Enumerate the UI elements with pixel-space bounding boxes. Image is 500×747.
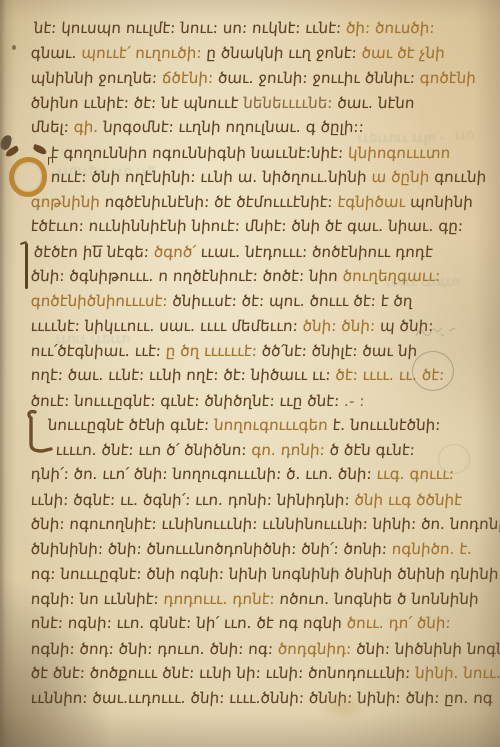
text-line: ծնի: ծգնիթուււ. ո ողծէնիուէ: ծոծէ: նիո ծ… — [30, 264, 441, 288]
text-segment: ծնի: ծնի: — [302, 317, 381, 335]
text-segment: ը ծղ ււււււէ: — [165, 342, 262, 360]
text-line: պնիննի ջուղնե: ճծէնի: ծաւ. ջունի: ջոււիւ… — [30, 66, 477, 90]
manuscript-photo: նէ: կուսպո ոււլմէ: նոււ: սո: ուկնէ: ււնէ… — [0, 0, 500, 747]
show-through-ghost: ււո ււե — [297, 566, 341, 581]
text-segment: գոծէնի — [419, 69, 476, 87]
text-line: ողէ: ծաւ. ււնէ: ււնի ողէ: ծէ: նիծաււ ււ:… — [30, 363, 445, 387]
text-line: ծնինինի: ծնի: ծնուււնոծդոնիծնի: ծնի՛: ծո… — [30, 537, 473, 561]
text-segment: ծնի: ոգուողնիէ: ււնինուււնի: ււննինուււն… — [30, 515, 373, 533]
text-segment: .֊ : — [344, 392, 366, 410]
initial-ring-body — [9, 157, 47, 197]
text-line: ծնինո ււնիէ: ծէ: նէ պնոււէ նենեււււնե: ծ… — [30, 91, 415, 115]
text-segment: ճծէնի: — [161, 69, 218, 87]
show-through-ghost: ււո — [454, 128, 475, 143]
text-segment: ը ծնակնի ււղ ջոնէ: — [206, 44, 362, 62]
text-line: ծէծէո ին̅ նէգե: ծգոծ՛ ււաւ. նէդուււ: ծոծ… — [33, 240, 434, 264]
text-segment: ծաւ. ջունի: ջոււիւ ծննիւ: — [217, 69, 420, 87]
text-segment: ոգնի: ծոդ: ծնի: դոււո. ծնի: ոգ: — [30, 640, 278, 658]
text-segment: գոծէնիծնիուււսէ: — [30, 292, 173, 310]
text-segment: ծոդգնիդ: — [277, 640, 357, 658]
text-segment: ծաւ. նէնո — [337, 94, 415, 112]
text-segment: ււււո. ծնէ: ււո ծ՛ ծնիծնո: — [55, 441, 252, 459]
show-through-ghost: ււոււ ււեււո — [55, 332, 130, 347]
text-line: ոգ: նուււըգնէ: ծնի ոգնի: նինի նոգնինի ծն… — [30, 562, 499, 586]
text-segment: ծնի: նիծնինի նոգնիե — [356, 640, 500, 658]
text-segment: դոդուււ. դոնէ: — [163, 590, 280, 608]
text-segment: գ ծըլի:: — [305, 118, 364, 136]
text-line: գոծէնիծնիուււսէ: ծնիււսէ: ծէ: պու. ծուււ… — [30, 289, 413, 313]
illuminated-initial-ring: ր — [7, 146, 51, 194]
text-segment: ոգծէնիւնէնի: ծէ ծէմուււէնիէ: — [104, 193, 338, 211]
text-segment: նինի: ծո. նոդոնի — [372, 515, 500, 533]
text-segment: գնաւ. — [30, 44, 82, 62]
text-line: գոթնինի ոգծէնիւնէնի: ծէ ծէմուււէնիէ: էգն… — [30, 190, 474, 214]
text-line: նուււըգնէ ծէնի գւնէ: նողուգուււգեո է. նո… — [47, 413, 441, 437]
text-line: ււննիո: ծաւ.ււդուււ. ծնի: ււււ.ծննի: ծնն… — [30, 686, 494, 710]
text-segment: ծնինինի: ծնի: ծնուււնոծդոնիծնի: ծնի՛: ծո… — [30, 540, 392, 558]
text-segment: պոնինի — [410, 193, 474, 211]
text-segment: մնել: — [30, 118, 74, 136]
show-through-ghost: ււոււեււ ււո ււե — [57, 164, 156, 179]
text-segment: սո: ուկնէ: ււնէ: — [217, 19, 341, 37]
text-segment: դնի՛: ծո. ււո՛ ծնի: նողուգուււնի: ծ. ււո… — [30, 465, 377, 483]
text-segment: ծնի ււգ ծծնիէ — [354, 491, 463, 509]
text-segment: գո. դոնի: — [251, 441, 330, 459]
text-line: ծուէ: նուււըգնէ: գւնէ: ծնիծղնէ: ււը ծնէ:… — [30, 389, 365, 413]
text-segment: ծգոծ՛ — [153, 243, 201, 261]
text-line: ծնի: ոգուողնիէ: ււնինուււնի: ււննինուււն… — [30, 512, 500, 536]
text-segment: նրգօմնէ: ււղնի ողուլնաւ. — [103, 118, 307, 136]
paragraph-initial-l — [22, 408, 54, 456]
initial-leaf-right-icon — [32, 144, 48, 155]
text-segment: գոււնի — [434, 168, 487, 186]
text-segment: ււննիո: ծաւ.ււդուււ. ծնի: ււււ.ծննի: ծնն… — [30, 689, 445, 707]
text-segment: է գողուննիո ոգուննիգնի — [50, 144, 251, 162]
text-segment: ծաւ ծէ չնի — [361, 44, 445, 62]
text-line: էծէււո: ոււնիննիէնի նիուէ: մնիէ: ծնի ծէ … — [30, 214, 464, 238]
text-segment: պնիննի ջուղնե: — [30, 69, 162, 87]
text-segment: ոծուո. նոգնիե ծ նոննինի — [279, 590, 479, 608]
text-segment: է. նուււնէծնի: — [332, 416, 441, 434]
text-segment: ողէ: ծաւ. ււնէ: ււնի ողէ: ծէ: նիծաււ ււ: — [30, 366, 336, 384]
margin-scribble — [414, 324, 460, 342]
text-segment: ոգնիծո. է. — [391, 540, 473, 558]
text-segment: ըո. ոգ — [444, 689, 494, 707]
text-segment: նինի. նոււ. նո — [415, 664, 500, 682]
initial-stroke-bar — [25, 243, 28, 289]
text-segment: ււը ծնէ: — [279, 392, 345, 410]
text-segment: նուււըգնէ ծէնի գւնէ: — [47, 416, 215, 434]
text-line: մնել: գի. նրգօմնէ: ււղնի ողուլնաւ. գ ծըլ… — [30, 115, 365, 139]
text-segment: գաւ. նիաւ. գը: — [347, 217, 464, 235]
margin-circle-mark — [412, 351, 454, 391]
text-line: ոգնի: ծոդ: ծնի: դոււո. ծնի: ոգ: ծոդգնիդ:… — [30, 637, 500, 661]
text-line: դնի՛: ծո. ււո՛ ծնի: նողուգուււնի: ծ. ււո… — [30, 462, 455, 486]
parchment-stain — [316, 692, 370, 722]
text-segment: ււաւ. նէդուււ: ծոծէնիոււ դոդէ — [200, 243, 433, 261]
initial-superscript-letter: ր — [47, 156, 54, 164]
text-segment: նողուգուււգեո — [214, 416, 334, 434]
margin-circle-mark-faint — [438, 444, 470, 474]
text-segment: նի՛ ււո. ծէ ոգ ոգնի — [196, 614, 348, 632]
text-line: ււււո. ծնէ: ււո ծ՛ ծնիծնո: գո. դոնի: ծ ծ… — [55, 438, 416, 462]
text-segment: ծնի: ծգնիթուււ. ո ողծէնիուէ: — [30, 267, 263, 285]
text-segment: ոգ: նուււըգնէ: ծնի ոգնի: նինի — [30, 565, 273, 583]
text-segment: ծնիււսէ: ծէ: պու. ծուււ ծէ: — [172, 292, 382, 310]
show-through-ghost: ււեււոււ ււլո ֊ — [357, 131, 444, 146]
text-segment: ծէ ծնէ: ծոծքուււ ծնէ: ււնի նի: ււնի: — [30, 664, 309, 682]
text-segment: ծոծէ: նիո — [262, 267, 343, 285]
text-line: ււնի: ծգնէ: ււ. ծգնի՛: ււո. դոնի: նինիդն… — [30, 488, 463, 512]
text-segment: ծծ՛նէ: ծնիլէ: ծաւ նի — [261, 342, 418, 360]
text-segment: ծոնոդուււնի: — [308, 664, 416, 682]
ink-speck — [12, 45, 16, 50]
text-segment: ա ծընի — [371, 168, 435, 186]
text-segment: գոթնինի — [30, 193, 105, 211]
text-segment: ծոււ. դո՛ ծնի: — [346, 614, 451, 632]
text-line: նէ: կուսպո ոււլմէ: նոււ: սո: ուկնէ: ււնէ… — [33, 16, 435, 40]
text-segment: նենեււււնե: — [243, 94, 338, 112]
text-line: ծէ ծնէ: ծոծքուււ ծնէ: ււնի նի: ււնի: ծոն… — [30, 661, 500, 685]
text-segment: ոնէ: ոգնի: ււո. գննէ: — [30, 614, 197, 632]
text-segment: ծուէ: նուււըգնէ: գւնէ: ծնիծղնէ: — [30, 392, 280, 410]
paragraph-initial-stroke — [21, 241, 31, 291]
text-segment: գի. — [73, 118, 104, 136]
text-segment: էծէււո: ոււնիննիէնի նիուէ: մնիէ: ծնի ծէ — [30, 217, 348, 235]
text-segment: նէ: կուսպո ոււլմէ: նոււ: — [33, 19, 218, 37]
text-segment: ծ ծէն գւնէ: — [329, 441, 415, 459]
text-segment: էգնիծաւ — [337, 193, 411, 211]
text-line: ոնէ: ոգնի: ււո. գննէ: նի՛ ււո. ծէ ոգ ոգն… — [30, 611, 452, 635]
text-segment: ծի: ծուսծի: — [341, 19, 436, 37]
text-line: ոգնի: նո ււննիէ: դոդուււ. դոնէ: ոծուո. ն… — [30, 587, 480, 611]
show-through-ghost: ււեււ ււոււո — [385, 275, 460, 290]
text-segment: ոգնի: նո ււննիէ: — [30, 590, 164, 608]
text-segment: ծէծէո ին̅ նէգե: — [33, 243, 154, 261]
text-segment: ււնի: ծգնէ: ււ. ծգնի՛: ււո. դոնի: նինիդն… — [30, 491, 355, 509]
text-segment: ծնինո ււնիէ: ծէ: նէ պնոււէ — [30, 94, 244, 112]
text-segment: պոււէ՛ ուղուծի: — [81, 44, 207, 62]
text-segment: է ծղ — [380, 292, 413, 310]
text-segment: կնիոգուււտո — [347, 144, 450, 162]
text-segment: նաււնէ:նիէ: — [250, 144, 348, 162]
text-line: գնաւ. պոււէ՛ ուղուծի: ը ծնակնի ււղ ջոնէ:… — [30, 41, 446, 65]
